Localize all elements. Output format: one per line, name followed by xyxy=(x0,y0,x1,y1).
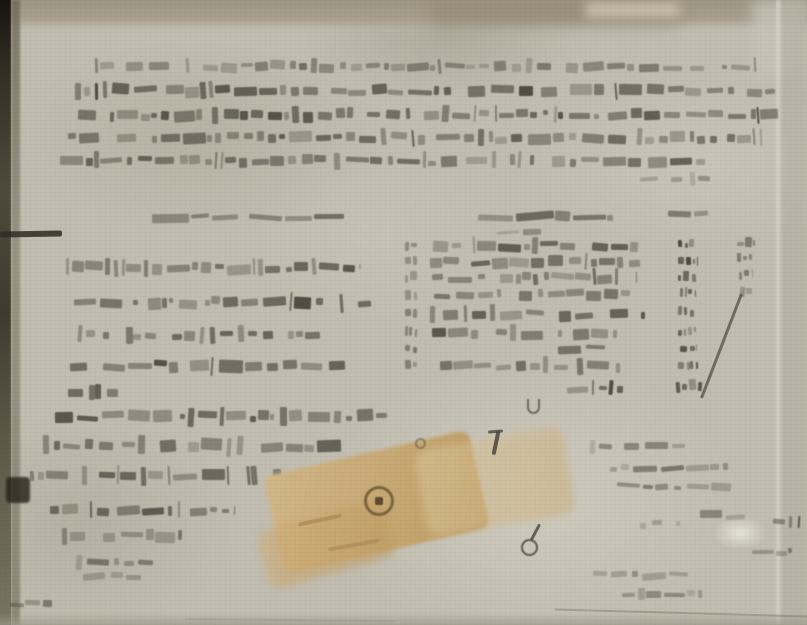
paper-bright-spot xyxy=(713,516,767,550)
round-stamp-on-patch-center-dot xyxy=(375,497,383,505)
u-shaped-ink-mark xyxy=(527,399,540,414)
small-ink-circle xyxy=(415,438,426,449)
table-diagonal-flourish xyxy=(700,293,743,399)
round-stamp-on-patch xyxy=(364,486,394,516)
patch-ink-streak-2 xyxy=(328,539,380,552)
numeral-mark-stem xyxy=(492,431,501,455)
ink-stamps-and-marks xyxy=(0,0,807,625)
left-margin-dash xyxy=(0,230,62,237)
numeral-mark-top xyxy=(488,429,503,433)
round-stamp-lower xyxy=(521,539,538,556)
patch-ink-streak-1 xyxy=(298,513,342,526)
round-stamp-lower-tail xyxy=(530,523,541,540)
left-edge-ink-blob xyxy=(6,477,30,503)
photo-bottom-edge xyxy=(0,613,807,625)
manuscript-page xyxy=(0,0,807,625)
